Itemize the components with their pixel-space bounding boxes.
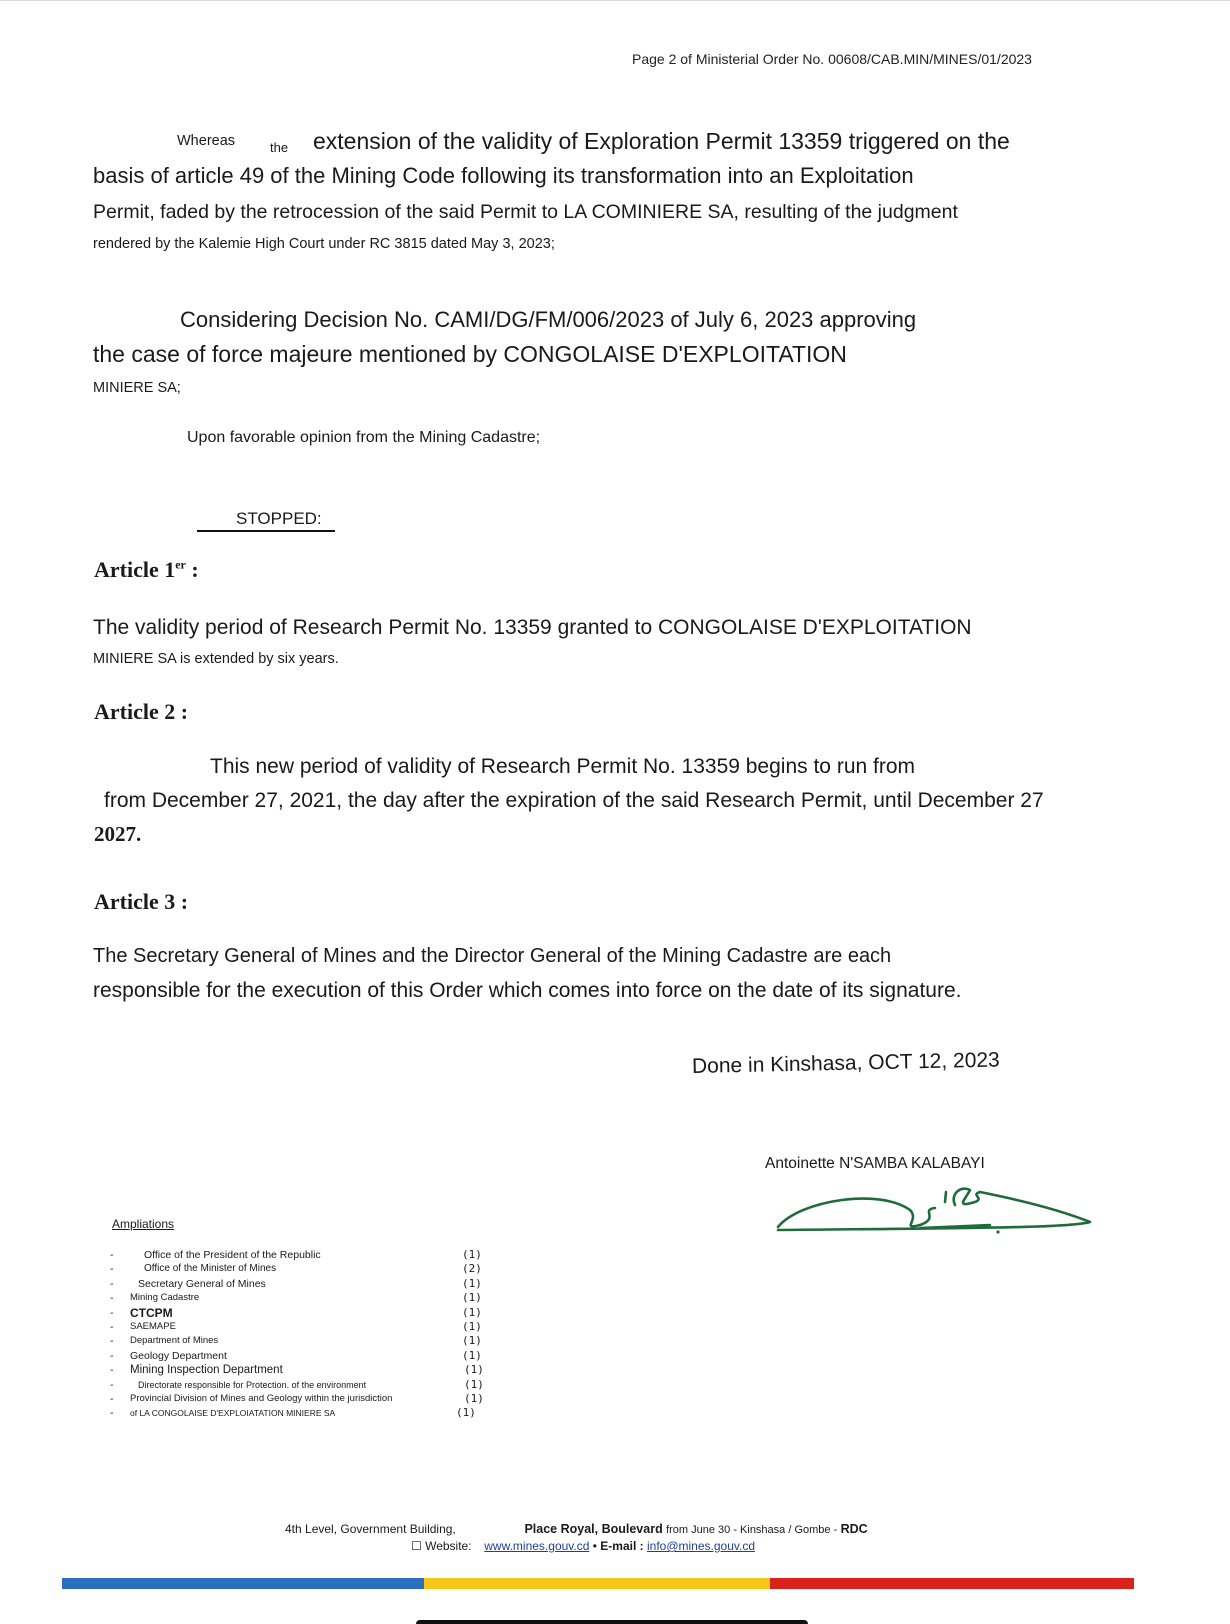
ampliation-count: (1) [462, 1277, 482, 1291]
ampliation-item: -Geology Department(1) [110, 1349, 490, 1363]
ampliation-item: -Office of the Minister of Mines(2) [110, 1262, 490, 1276]
ampliation-count: (1) [462, 1320, 482, 1334]
page-top-edge [0, 0, 1230, 1]
list-bullet: - [110, 1406, 114, 1420]
list-bullet: - [110, 1306, 114, 1320]
stopped-heading: STOPPED: [236, 509, 322, 529]
signatory-name: Antoinette N'SAMBA KALABAYI [765, 1155, 985, 1173]
footer-separator: • [593, 1539, 597, 1553]
article-3-line-1: The Secretary General of Mines and the D… [93, 945, 891, 968]
ampliation-item: -SAEMAPE(1) [110, 1320, 490, 1334]
ampliation-item: -Mining Cadastre(1) [110, 1291, 490, 1305]
article-1-label: Article 1 [94, 557, 175, 582]
ampliation-count: (1) [456, 1406, 476, 1420]
considering-line-3: MINIERE SA; [93, 380, 181, 396]
ampliation-item: -Secretary General of Mines(1) [110, 1277, 490, 1291]
footer-contacts: ☐ Website: www.mines.gouv.cd • E-mail : … [411, 1539, 755, 1553]
ampliation-item: -CTCPM(1) [110, 1306, 490, 1320]
ampliation-label: Geology Department [130, 1349, 227, 1363]
whereas-line-3: Permit, faded by the retrocession of the… [93, 201, 958, 224]
list-bullet: - [110, 1248, 114, 1262]
ampliation-label: Office of the Minister of Mines [144, 1262, 276, 1276]
ampliations-title: Ampliations [112, 1217, 174, 1231]
footer-address-building: 4th Level, Government Building, [285, 1522, 456, 1536]
list-bullet: - [110, 1320, 114, 1334]
ampliation-item: -Directorate responsible for Protection.… [110, 1378, 490, 1392]
article-2-line-3: 2027. [94, 822, 141, 847]
whereas-article: the [270, 140, 288, 155]
article-1-superscript: er [175, 558, 186, 572]
ampliation-label: SAEMAPE [130, 1320, 176, 1334]
ampliation-count: (1) [462, 1334, 482, 1348]
ampliation-label: Mining Inspection Department [130, 1363, 283, 1377]
ampliation-count: (2) [462, 1262, 482, 1276]
footer-address-place: Place Royal, Boulevard [524, 1522, 662, 1536]
list-bullet: - [110, 1291, 114, 1305]
article-3-line-2: responsible for the execution of this Or… [93, 979, 961, 1003]
footer-address: 4th Level, Government Building, Place Ro… [285, 1522, 868, 1536]
page-reference: Page 2 of Ministerial Order No. 00608/CA… [632, 51, 1032, 67]
ampliation-count: (1) [462, 1248, 482, 1262]
whereas-line-2: basis of article 49 of the Mining Code f… [93, 163, 914, 189]
ampliations-list: -Office of the President of the Republic… [110, 1248, 490, 1421]
considering-line-1: Considering Decision No. CAMI/DG/FM/006/… [180, 307, 916, 333]
ampliation-label: Secretary General of Mines [138, 1277, 266, 1291]
ampliation-item: -Office of the President of the Republic… [110, 1248, 490, 1262]
flag-stripe-red [770, 1578, 1134, 1589]
list-bullet: - [110, 1334, 114, 1348]
email-link[interactable]: info@mines.gouv.cd [647, 1539, 755, 1553]
article-2-line-2: from December 27, 2021, the day after th… [104, 789, 1044, 813]
whereas-line-1: extension of the validity of Exploration… [313, 128, 1010, 155]
ampliation-label: Department of Mines [130, 1334, 218, 1348]
list-bullet: - [110, 1378, 114, 1392]
ampliation-label: CTCPM [130, 1306, 173, 1320]
ampliation-label: Office of the President of the Republic [144, 1248, 321, 1262]
ampliation-count: (1) [464, 1392, 484, 1406]
favorable-opinion: Upon favorable opinion from the Mining C… [187, 429, 540, 447]
website-link[interactable]: www.mines.gouv.cd [484, 1539, 589, 1553]
list-bullet: - [110, 1349, 114, 1363]
article-1-suffix: : [186, 557, 199, 582]
ampliation-item: -Provincial Division of Mines and Geolog… [110, 1392, 490, 1406]
place-date: Done in Kinshasa, OCT 12, 2023 [692, 1049, 1000, 1079]
article-2-heading: Article 2 : [94, 699, 188, 725]
ampliation-item: -of LA CONGOLAISE D'EXPLOIATATION MINIER… [110, 1406, 490, 1420]
article-3-heading: Article 3 : [94, 889, 188, 915]
ampliation-count: (1) [464, 1378, 484, 1392]
footer-address-city: from June 30 - Kinshasa / Gombe - [666, 1524, 837, 1536]
article-1-line-1: The validity period of Research Permit N… [93, 616, 972, 640]
ampliation-count: (1) [462, 1349, 482, 1363]
list-bullet: - [110, 1363, 114, 1377]
ampliation-item: -Mining Inspection Department(1) [110, 1363, 490, 1377]
signature-scribble [770, 1180, 1100, 1240]
home-indicator[interactable] [416, 1620, 808, 1624]
ampliation-label: Directorate responsible for Protection. … [138, 1378, 366, 1392]
ampliation-label: of LA CONGOLAISE D'EXPLOIATATION MINIERE… [130, 1406, 335, 1420]
ampliation-count: (1) [464, 1363, 484, 1377]
list-bullet: - [110, 1262, 114, 1276]
ampliation-label: Provincial Division of Mines and Geology… [130, 1392, 392, 1406]
article-1-heading: Article 1er : [94, 557, 199, 583]
considering-line-2: the case of force majeure mentioned by C… [93, 341, 847, 368]
ampliation-count: (1) [462, 1291, 482, 1305]
stopped-underline [197, 530, 335, 532]
flag-stripe-blue [62, 1578, 424, 1589]
whereas-line-4: rendered by the Kalemie High Court under… [93, 236, 555, 252]
ampliation-count: (1) [462, 1306, 482, 1320]
article-2-line-1: This new period of validity of Research … [210, 755, 915, 779]
list-bullet: - [110, 1277, 114, 1291]
flag-stripe-yellow [424, 1578, 770, 1589]
list-bullet: - [110, 1392, 114, 1406]
email-label: E-mail : [600, 1539, 643, 1553]
whereas-lead: Whereas [177, 133, 235, 149]
footer-address-country: RDC [841, 1522, 868, 1536]
website-label: ☐ Website: [411, 1539, 472, 1553]
ampliation-label: Mining Cadastre [130, 1291, 199, 1305]
ampliation-item: -Department of Mines(1) [110, 1334, 490, 1348]
article-1-line-2: MINIERE SA is extended by six years. [93, 651, 339, 667]
